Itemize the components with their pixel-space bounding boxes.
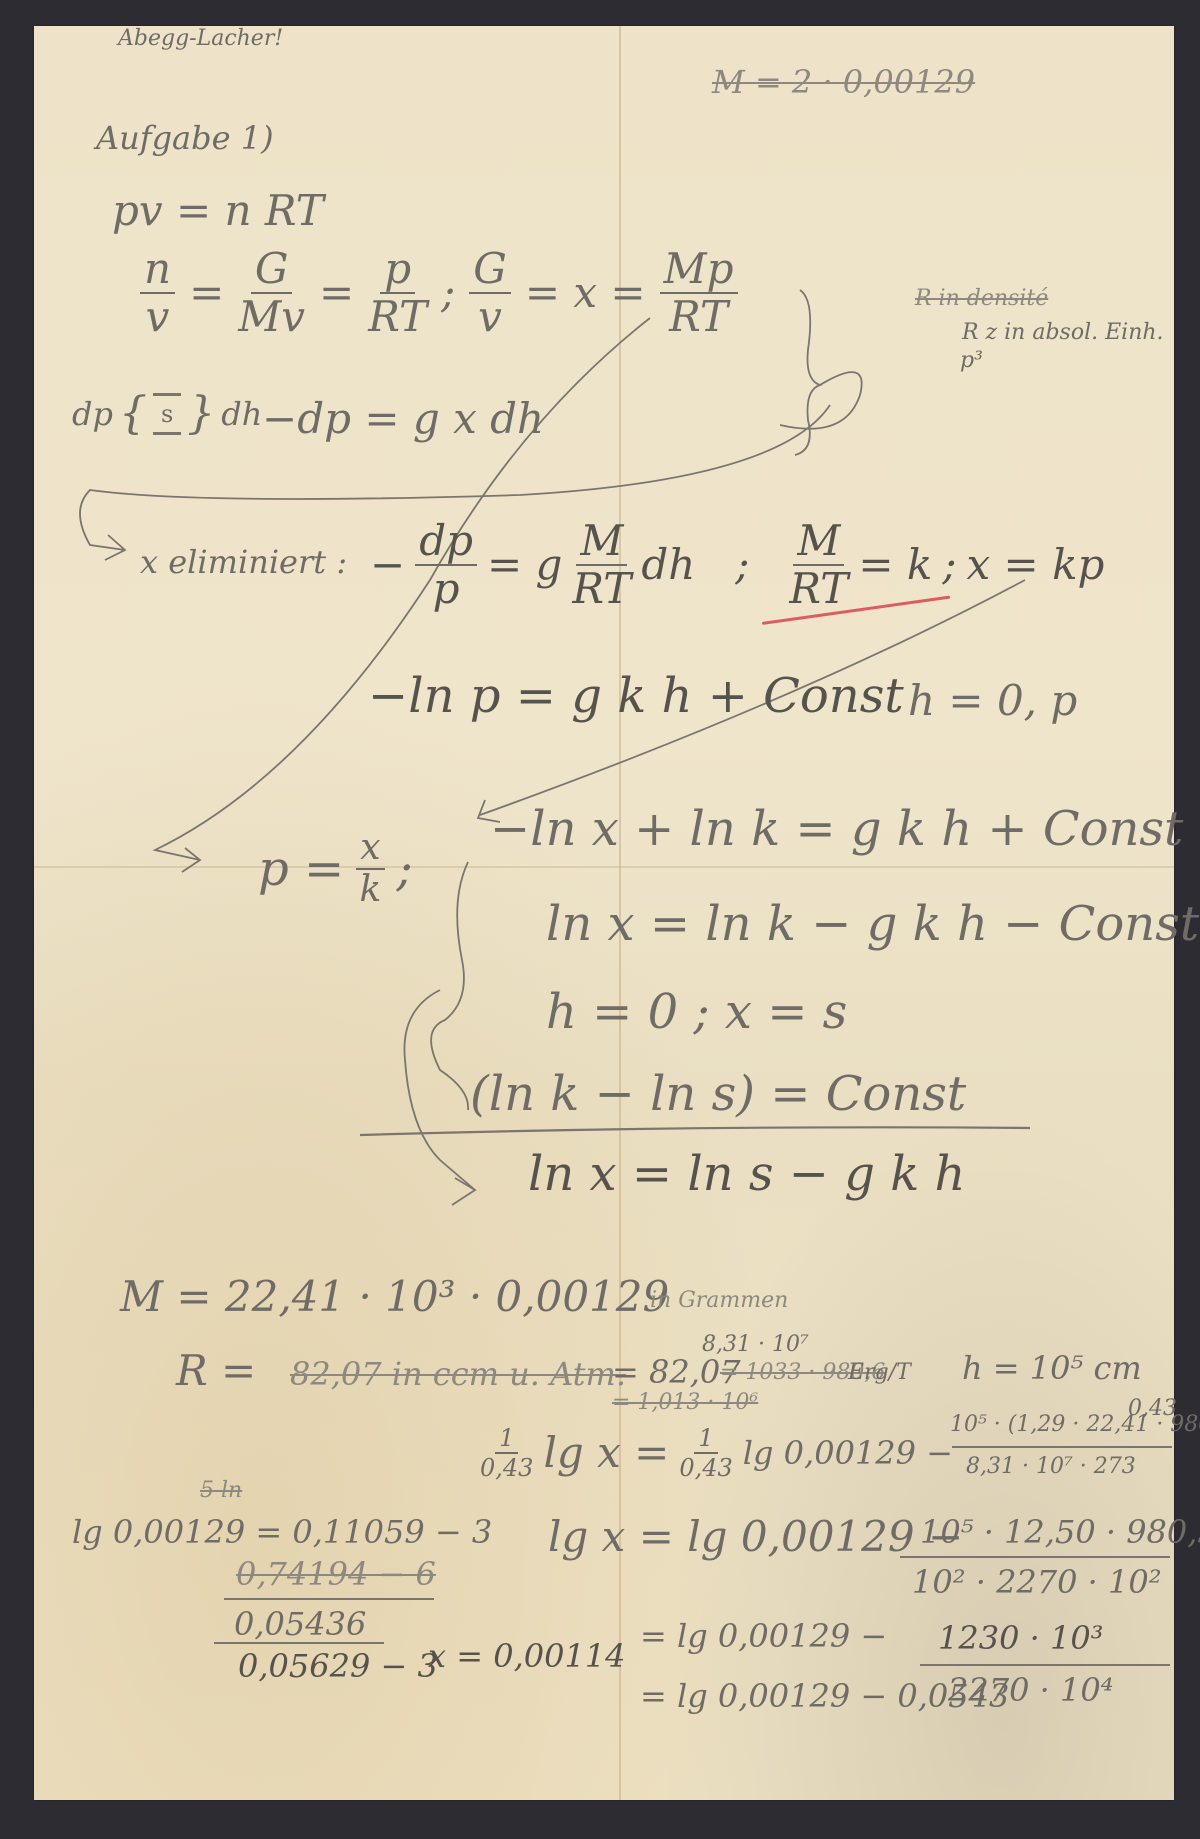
- R-label: R =: [176, 1350, 256, 1392]
- fraction-G-v: Gv: [469, 248, 511, 338]
- h-value: h = 10⁵ cm: [962, 1352, 1142, 1384]
- fraction-bar: [952, 1446, 1172, 1448]
- differential-equation: − dpp = g MRT dh ; MRT = k ; x = kp: [370, 520, 1104, 610]
- M-value: M = 22,41 · 10³ · 0,00129: [120, 1276, 669, 1318]
- R-units: Erg/T: [848, 1362, 911, 1384]
- log-line-1: −ln x + ln k = g k h + Const: [490, 805, 1183, 853]
- column-sketch: dp { s } dh: [72, 392, 262, 436]
- struck-row: 0,74194 − 6: [236, 1558, 436, 1590]
- task-label: Aufgabe 1): [96, 122, 274, 154]
- gas-law: pv = n RT: [112, 190, 324, 232]
- fraction-G-Mv: GMv: [238, 248, 305, 338]
- sub-result: 0,05436: [234, 1608, 366, 1640]
- fraction3-top: 1230 · 10³: [938, 1622, 1104, 1654]
- fraction-Mp-RT: MpRT: [660, 248, 738, 338]
- M-note: in Grammen: [650, 1290, 788, 1312]
- struck-top: 5 ln: [200, 1480, 242, 1502]
- R-struck-3: = 1,013 · 10⁶: [612, 1392, 758, 1414]
- sum-bar: [224, 1598, 434, 1600]
- log-value: lg 0,00129 = 0,11059 − 3: [72, 1516, 492, 1548]
- lg-equation-2: lg x = lg 0,00129 −: [548, 1516, 963, 1558]
- density-equation: nv = GMv = pRT ; Gv = x = MpRT: [140, 248, 738, 338]
- fraction-p-RT: pRT: [368, 248, 427, 338]
- horizontal-fold: [34, 866, 1174, 868]
- hydrostatic-equation: −dp = g x dh: [262, 398, 544, 440]
- side-note-2: p³: [960, 350, 983, 372]
- header-title: Abegg-Lacher!: [118, 28, 283, 50]
- boundary-condition: h = 0, p: [908, 680, 1077, 722]
- fraction-bottom: 8,31 · 10⁷ · 273: [966, 1456, 1136, 1478]
- sum-bar-2: [214, 1642, 384, 1644]
- log-line-3: h = 0 ; x = s: [546, 988, 847, 1036]
- final-log: 0,05629 − 3: [238, 1650, 438, 1682]
- R-above: 8,31 · 10⁷: [702, 1334, 809, 1356]
- lg-equation-3: = lg 0,00129 −: [640, 1620, 887, 1652]
- fraction-n-v: nv: [140, 248, 175, 338]
- integrated-equation: −ln p = g k h + Const: [368, 672, 904, 720]
- log-line-2: ln x = ln k − g k h − Const: [546, 900, 1199, 948]
- lg-equation-4: = lg 0,00129 − 0,0543: [640, 1680, 1009, 1712]
- fraction2-top: 10⁵ · 12,50 · 980,5: [920, 1516, 1200, 1548]
- fraction3-bar: [920, 1664, 1170, 1666]
- final-result: ln x = ln s − g k h: [528, 1150, 965, 1198]
- R-struck: 82,07 in ccm u. Atm.: [290, 1358, 626, 1390]
- x-result: x = 0,00114: [428, 1640, 626, 1672]
- struck-note: M = 2 · 0,00129: [712, 66, 975, 98]
- fraction2-bottom: 10² · 2270 · 10²: [912, 1566, 1162, 1598]
- lg-equation-1: 10,43 lg x = 10,43 lg 0,00129 −: [480, 1426, 953, 1480]
- side-note-struck: R in densité: [915, 288, 1048, 310]
- fraction-M-RT: MRT: [789, 520, 848, 610]
- substitution: p = xk ;: [258, 830, 413, 908]
- fraction2-bar: [900, 1556, 1170, 1558]
- fraction-top-note: 0,43: [1128, 1398, 1177, 1420]
- side-note: R z in absol. Einh.: [962, 322, 1164, 344]
- x-eliminated-label: x eliminiert :: [140, 546, 347, 578]
- log-line-4: (ln k − ln s) = Const: [470, 1070, 966, 1118]
